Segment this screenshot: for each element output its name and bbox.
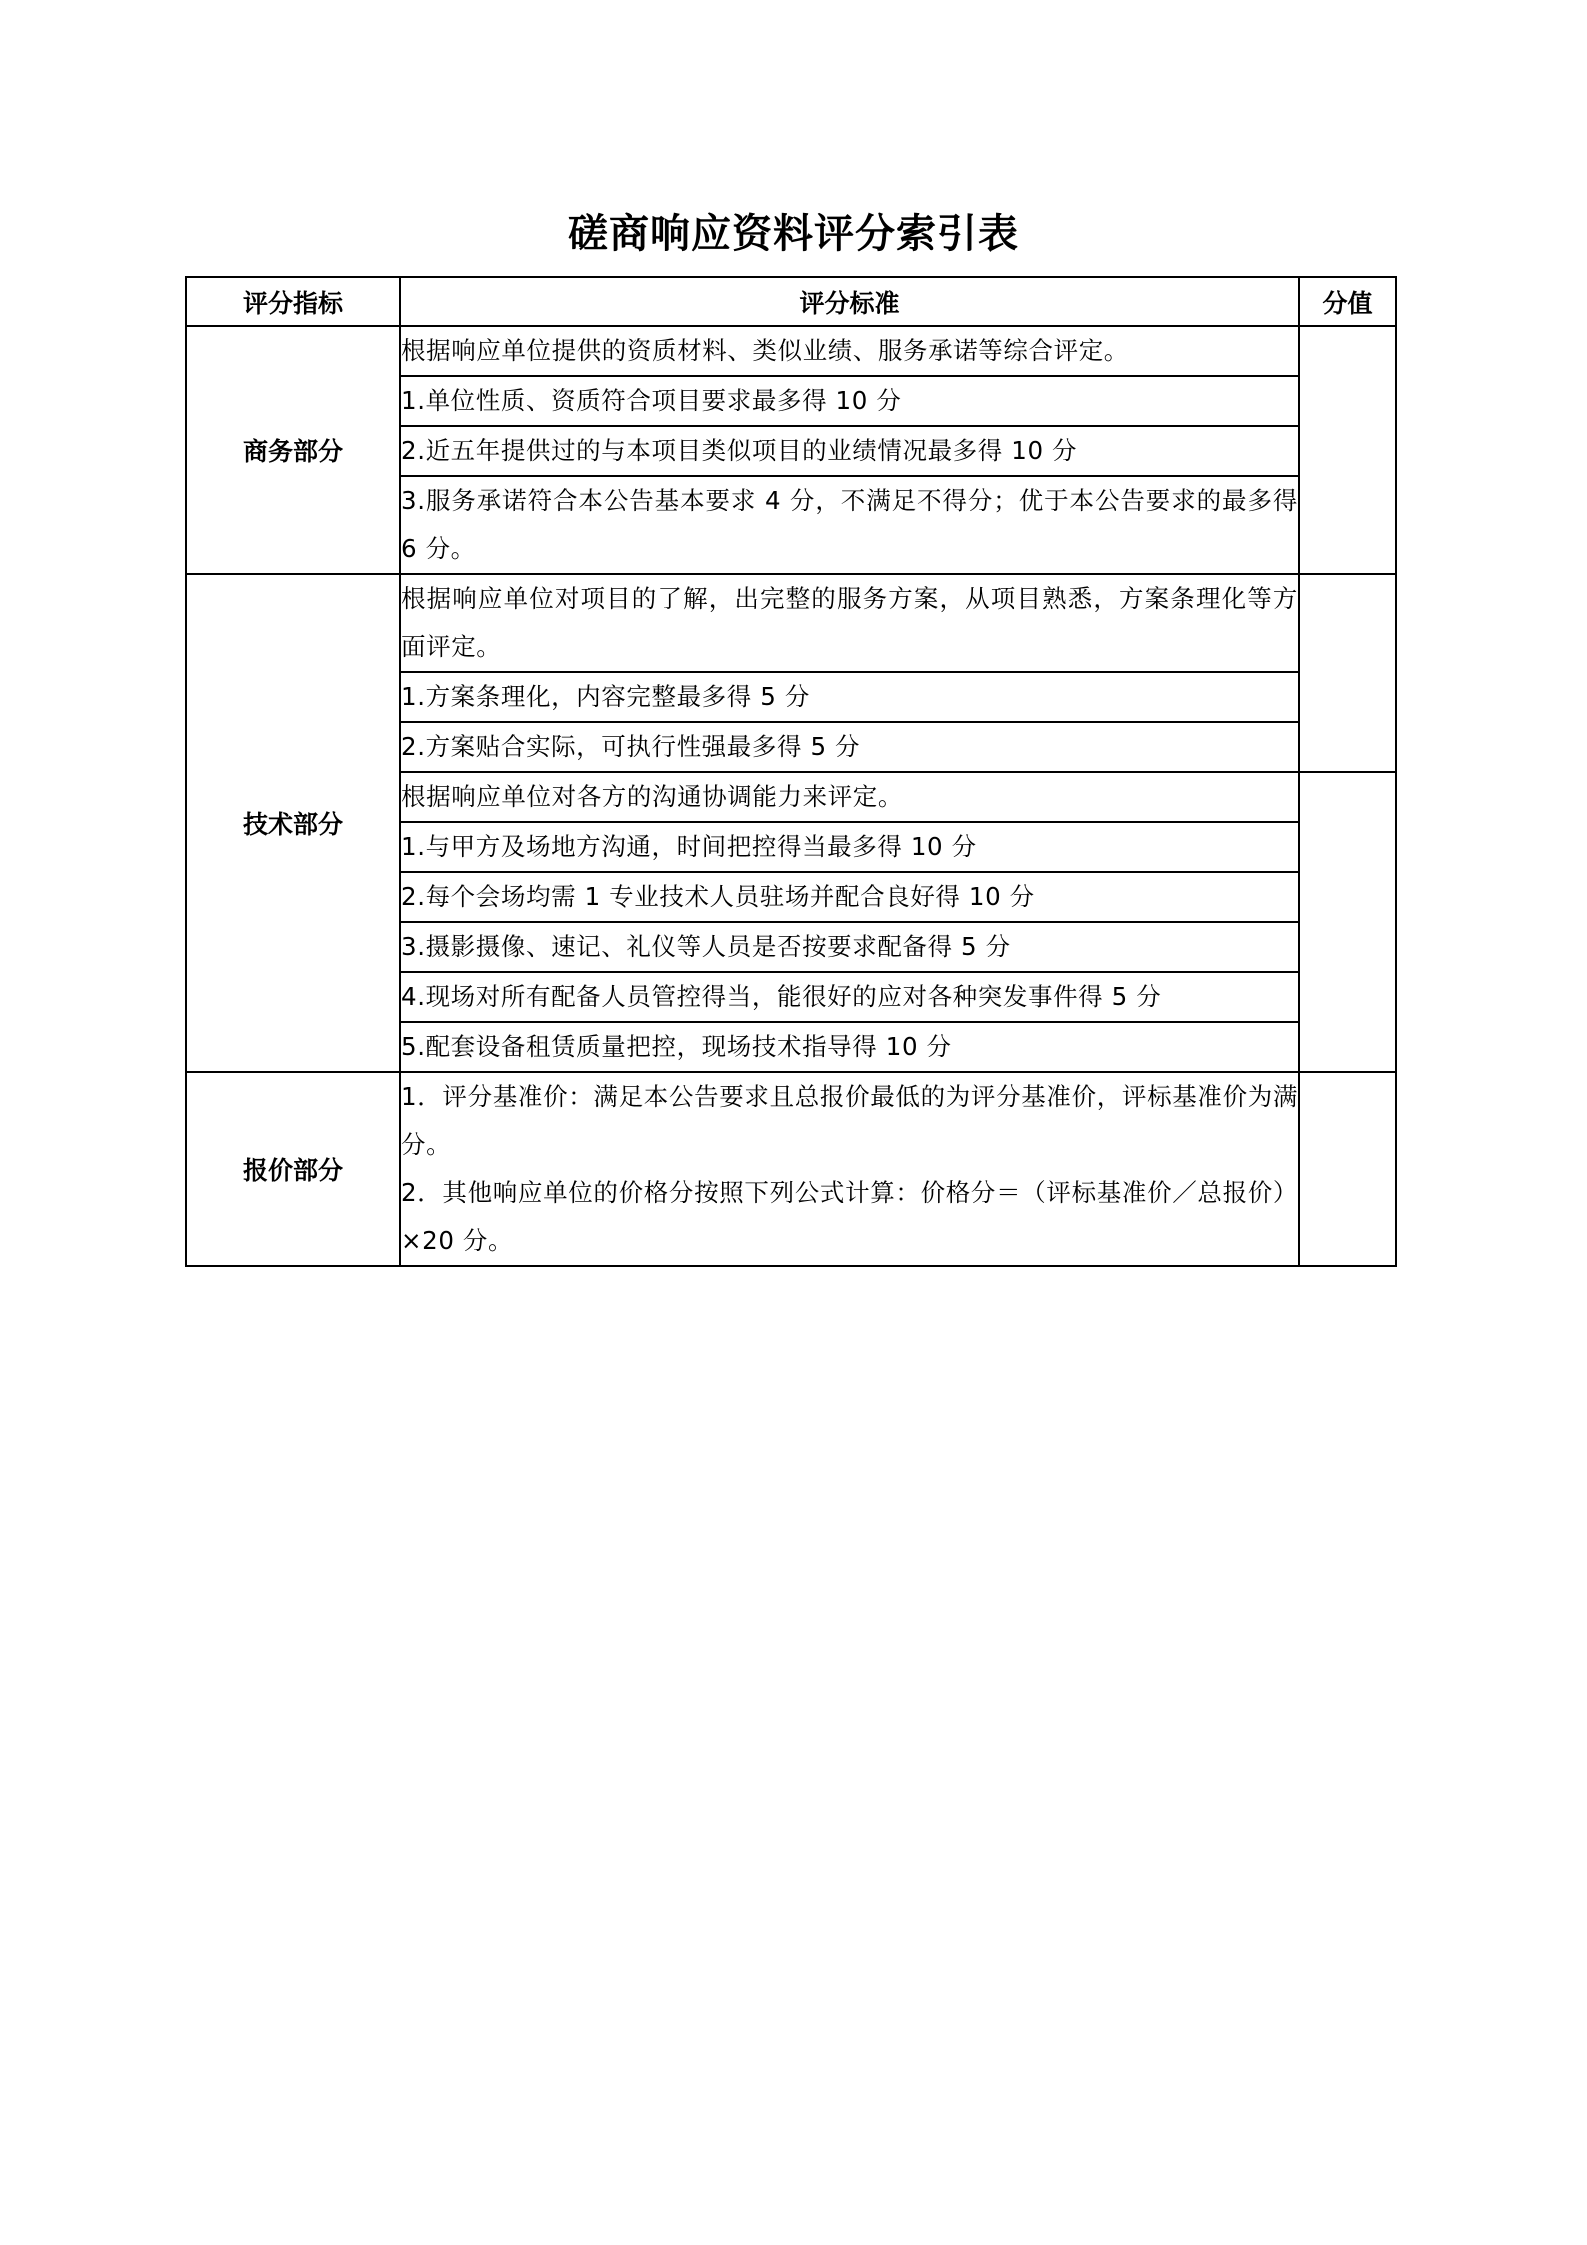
criteria-cell: 1.与甲方及场地方沟通，时间把控得当最多得 10 分	[400, 822, 1299, 872]
criteria-cell: 2.方案贴合实际，可执行性强最多得 5 分	[400, 722, 1299, 772]
criteria-cell: 4.现场对所有配备人员管控得当，能很好的应对各种突发事件得 5 分	[400, 972, 1299, 1022]
criteria-cell: 5.配套设备租赁质量把控，现场技术指导得 10 分	[400, 1022, 1299, 1072]
score-cell-technical-coordination	[1299, 772, 1396, 1072]
criteria-cell: 1.单位性质、资质符合项目要求最多得 10 分	[400, 376, 1299, 426]
header-indicator: 评分指标	[186, 277, 400, 326]
criteria-cell: 根据响应单位提供的资质材料、类似业绩、服务承诺等综合评定。	[400, 326, 1299, 376]
criteria-cell: 1.方案条理化，内容完整最多得 5 分	[400, 672, 1299, 722]
page-title: 磋商响应资料评分索引表	[0, 205, 1587, 263]
criteria-cell-price: 1．评分基准价：满足本公告要求且总报价最低的为评分基准价，评标基准价为满分。 2…	[400, 1072, 1299, 1266]
table-row: 技术部分 根据响应单位对项目的了解，出完整的服务方案，从项目熟悉，方案条理化等方…	[186, 574, 1396, 672]
section-label-price: 报价部分	[186, 1072, 400, 1266]
table-row: 商务部分 根据响应单位提供的资质材料、类似业绩、服务承诺等综合评定。	[186, 326, 1396, 376]
price-rule-1: 1．评分基准价：满足本公告要求且总报价最低的为评分基准价，评标基准价为满分。	[401, 1073, 1298, 1169]
scoring-index-table: 评分指标 评分标准 分值 商务部分 根据响应单位提供的资质材料、类似业绩、服务承…	[185, 276, 1397, 1267]
table-header-row: 评分指标 评分标准 分值	[186, 277, 1396, 326]
section-label-business: 商务部分	[186, 326, 400, 574]
score-cell-technical-plan	[1299, 574, 1396, 772]
score-cell-business	[1299, 326, 1396, 574]
criteria-cell: 根据响应单位对项目的了解，出完整的服务方案，从项目熟悉，方案条理化等方面评定。	[400, 574, 1299, 672]
criteria-cell: 2.近五年提供过的与本项目类似项目的业绩情况最多得 10 分	[400, 426, 1299, 476]
price-rule-2: 2．其他响应单位的价格分按照下列公式计算：价格分＝（评标基准价／总报价）×20 …	[401, 1169, 1298, 1265]
table-row: 报价部分 1．评分基准价：满足本公告要求且总报价最低的为评分基准价，评标基准价为…	[186, 1072, 1396, 1266]
header-criteria: 评分标准	[400, 277, 1299, 326]
criteria-cell: 根据响应单位对各方的沟通协调能力来评定。	[400, 772, 1299, 822]
score-cell-price	[1299, 1072, 1396, 1266]
criteria-cell: 3.服务承诺符合本公告基本要求 4 分，不满足不得分；优于本公告要求的最多得 6…	[400, 476, 1299, 574]
criteria-cell: 3.摄影摄像、速记、礼仪等人员是否按要求配备得 5 分	[400, 922, 1299, 972]
section-label-technical: 技术部分	[186, 574, 400, 1072]
criteria-cell: 2.每个会场均需 1 专业技术人员驻场并配合良好得 10 分	[400, 872, 1299, 922]
header-score: 分值	[1299, 277, 1396, 326]
